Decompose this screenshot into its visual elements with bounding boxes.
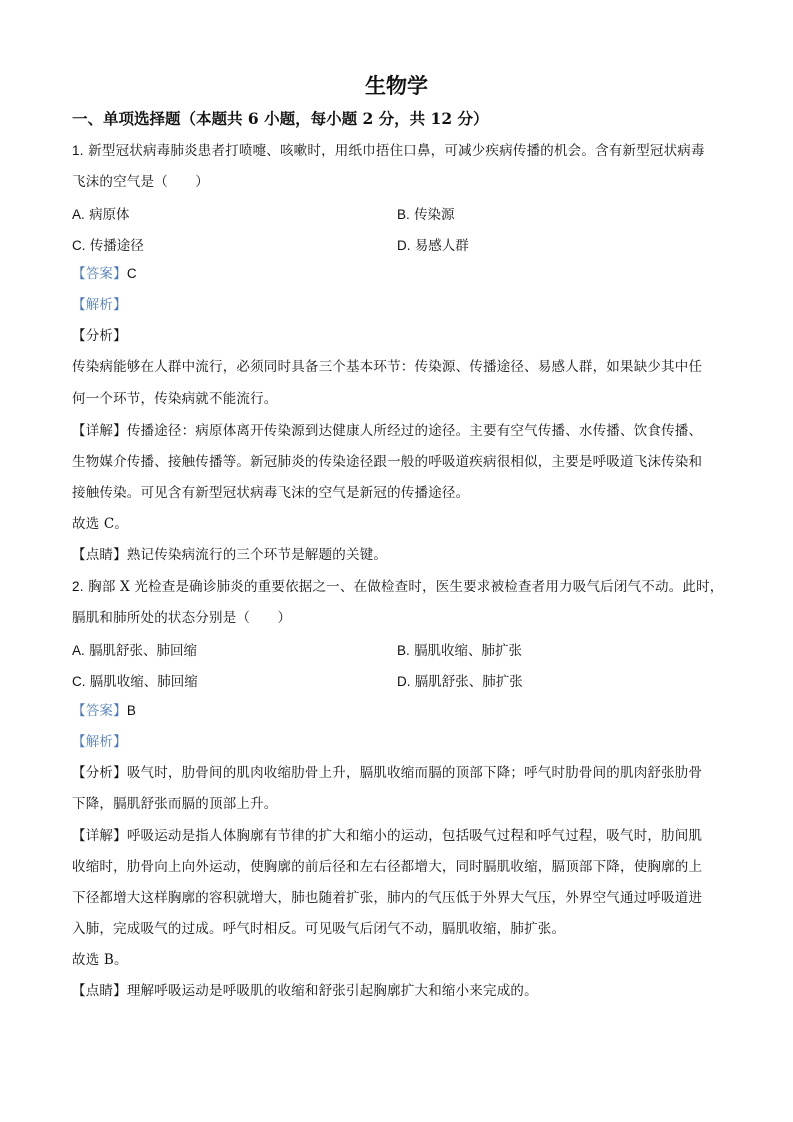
section-heading: 一、单项选择题（本题共 6 小题，每小题 2 分，共 12 分）: [72, 107, 489, 129]
q1-fenxi-line-1: 传染病能够在人群中流行，必须同时具备三个基本环节：传染源、传播途径、易感人群，如…: [72, 357, 702, 377]
q2-option-b: B. 膈肌收缩、肺扩张: [397, 639, 522, 659]
q2-answer: 【答案】B: [72, 701, 136, 721]
q2-xiangjie-line-4: 入肺，完成吸气的过成。呼气时相反。可见吸气后闭气不动，膈肌收缩，肺扩张。: [72, 919, 565, 939]
q2-stem-line-2: 膈肌和肺所处的状态分别是（ ）: [72, 608, 291, 628]
q1-option-b: B. 传染源: [397, 203, 455, 223]
q2-option-d: D. 膈肌舒张、肺扩张: [397, 670, 523, 690]
document-page: 生物学 一、单项选择题（本题共 6 小题，每小题 2 分，共 12 分） 1. …: [0, 0, 793, 1122]
q1-option-c: C. 传播途径: [72, 234, 144, 254]
q2-analysis-tag: 【解析】: [72, 732, 127, 752]
q2-fenxi-line-1: 【分析】吸气时，肋骨间的肌肉收缩肋骨上升，膈肌收缩而膈的顶部下降；呼气时肋骨间的…: [72, 763, 702, 783]
q2-xiangjie-line-3: 下径都增大这样胸廓的容积就增大，肺也随着扩张，肺内的气压低于外界大气压，外界空气…: [72, 888, 702, 908]
q1-stem-line-1: 1. 新型冠状病毒肺炎患者打喷嚏、咳嗽时，用纸巾捂住口鼻，可减少疾病传播的机会。…: [72, 141, 705, 161]
q1-xiangjie-line-3: 接触传染。可见含有新型冠状病毒飞沫的空气是新冠的传播途径。: [72, 483, 469, 503]
q2-choose: 故选 B。: [72, 950, 128, 970]
q1-dianjing: 【点睛】熟记传染病流行的三个环节是解题的关键。: [72, 545, 387, 565]
q1-choose: 故选 C。: [72, 514, 128, 534]
q2-dianjing: 【点睛】理解呼吸运动是呼吸肌的收缩和舒张引起胸廓扩大和缩小来完成的。: [72, 981, 538, 1001]
q1-xiangjie-line-1: 【详解】传播途径：病原体离开传染源到达健康人所经过的途径。主要有空气传播、水传播…: [72, 421, 702, 441]
q1-stem-line-2: 飞沫的空气是（ ）: [72, 172, 209, 192]
q1-fenxi-tag: 【分析】: [72, 326, 127, 346]
q1-option-a: A. 病原体: [72, 203, 130, 223]
q1-analysis-tag: 【解析】: [72, 295, 127, 315]
q2-option-a: A. 膈肌舒张、肺回缩: [72, 639, 197, 659]
q2-stem-line-1: 2. 胸部 X 光检查是确诊肺炎的重要依据之一、在做检查时，医生要求被检查者用力…: [72, 577, 723, 597]
q2-xiangjie-line-2: 收缩时，肋骨向上向外运动，使胸廓的前后径和左右径都增大，同时膈肌收缩，膈顶部下降…: [72, 857, 702, 877]
q1-xiangjie-line-2: 生物媒介传播、接触传播等。新冠肺炎的传染途径跟一般的呼吸道疾病很相似，主要是呼吸…: [72, 452, 702, 472]
q1-answer: 【答案】C: [72, 264, 137, 284]
page-title: 生物学: [0, 70, 793, 100]
q2-xiangjie-line-1: 【详解】呼吸运动是指人体胸廓有节律的扩大和缩小的运动，包括吸气过程和呼气过程，吸…: [72, 826, 702, 846]
q2-option-c: C. 膈肌收缩、肺回缩: [72, 670, 198, 690]
q2-fenxi-line-2: 下降，膈肌舒张而膈的顶部上升。: [72, 794, 278, 814]
q1-fenxi-line-2: 何一个环节，传染病就不能流行。: [72, 389, 278, 409]
q1-option-d: D. 易感人群: [397, 234, 469, 254]
